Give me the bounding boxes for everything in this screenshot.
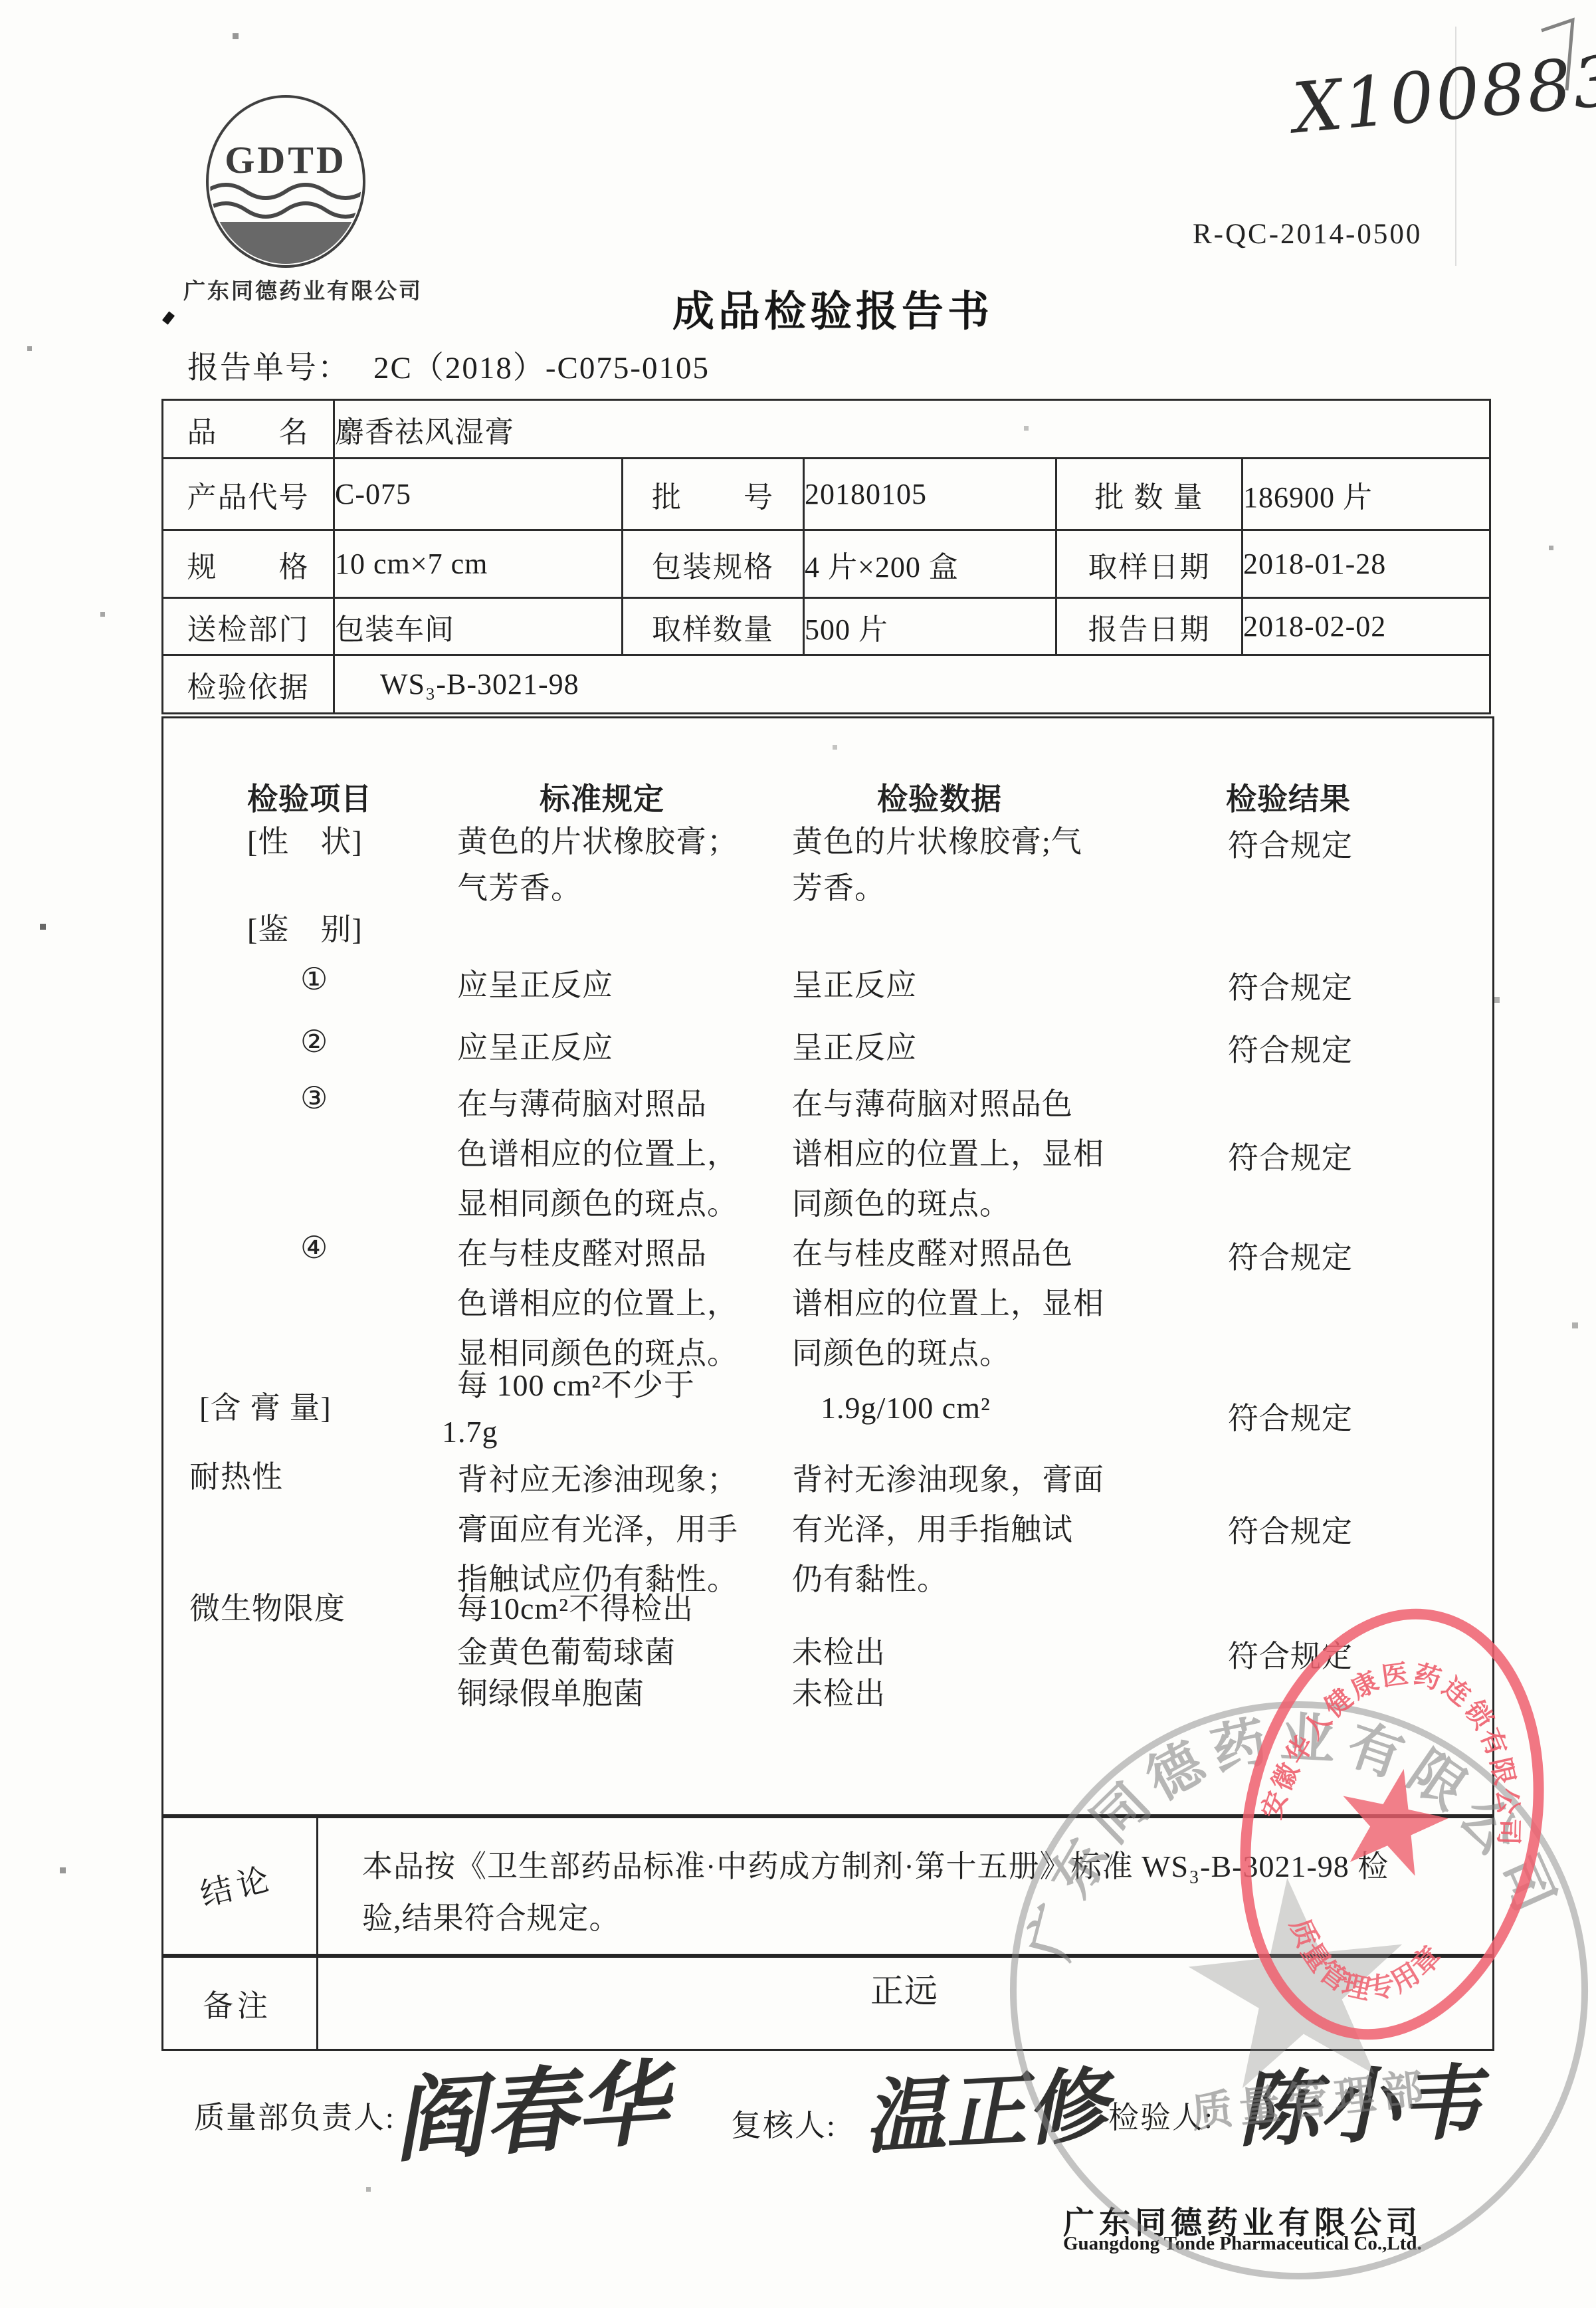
logo-abbr: GDTD bbox=[225, 138, 347, 181]
item-microbial-limit: 微生物限度 bbox=[189, 1584, 346, 1628]
item-2-std: 应呈正反应 bbox=[457, 1023, 613, 1067]
item-4-data-line2: 谱相应的位置上，显相 bbox=[792, 1279, 1104, 1323]
item-4-data-line3: 同颜色的斑点。 bbox=[792, 1329, 1011, 1373]
heat-data-line3: 仍有黏性。 bbox=[792, 1555, 948, 1599]
microbial-sub1: 金黄色葡萄球菌 bbox=[457, 1628, 676, 1672]
heat-std-line2: 膏面应有光泽，用手 bbox=[457, 1505, 738, 1549]
dept-label: 送检部门 bbox=[163, 598, 334, 655]
item-3-std-line1: 在与薄荷脑对照品 bbox=[457, 1080, 707, 1124]
heat-data-line1: 背衬无渗油现象，膏面 bbox=[792, 1455, 1104, 1499]
microbial-result: 符合规定 bbox=[1228, 1632, 1353, 1676]
item-4-std-line1: 在与桂皮醛对照品 bbox=[457, 1229, 707, 1273]
logo-wave-icon bbox=[206, 185, 365, 198]
item-4-result: 符合规定 bbox=[1228, 1233, 1353, 1277]
product-name-value: 麝香祛风湿膏 bbox=[334, 400, 1490, 459]
item-1-result: 符合规定 bbox=[1228, 964, 1353, 1007]
sampling-qty-label: 取样数量 bbox=[623, 598, 804, 655]
pack-label: 包装规格 bbox=[623, 530, 804, 598]
scanned-inspection-report: GDTD 广东同德药业有限公司 X1008832 R-QC-2014-0500 … bbox=[0, 0, 1596, 2308]
item-1: ① bbox=[300, 961, 328, 997]
remark-divider bbox=[316, 1956, 318, 2049]
remark-label: 备注 bbox=[203, 1982, 272, 2026]
appearance-std-line2: 气芳香。 bbox=[457, 864, 582, 908]
footer-company-en: Guangdong Tonde Pharmaceutical Co.,Ltd. bbox=[1063, 2233, 1422, 2255]
qa-manager-signature: 阎春华 bbox=[388, 2030, 672, 2180]
logo-company-name: 广东同德药业有限公司 bbox=[183, 274, 423, 305]
table-row: 品 名 麝香祛风湿膏 bbox=[163, 400, 1490, 459]
product-info-table: 品 名 麝香祛风湿膏 产品代号 C-075 批 号 20180105 批 数 量… bbox=[161, 399, 1491, 714]
microbial-sub1-data: 未检出 bbox=[792, 1628, 886, 1672]
company-logo: GDTD bbox=[186, 85, 399, 284]
appearance-data-line2: 芳香。 bbox=[792, 864, 886, 908]
paste-content-data: 1.9g/100 cm² bbox=[821, 1390, 991, 1425]
item-3: ③ bbox=[300, 1080, 328, 1116]
paste-content-std-line2: 1.7g bbox=[442, 1414, 498, 1449]
paste-content-std-line1: 每 100 cm²不少于 bbox=[457, 1361, 695, 1405]
sampling-qty-value: 500 片 bbox=[804, 598, 1056, 655]
product-code-label: 产品代号 bbox=[163, 459, 334, 530]
heat-result: 符合规定 bbox=[1228, 1507, 1353, 1551]
item-3-data-line3: 同颜色的斑点。 bbox=[792, 1180, 1011, 1223]
ink-mark bbox=[162, 311, 175, 324]
pack-value: 4 片×200 盒 bbox=[804, 530, 1056, 598]
table-row: 检验依据 WS₃-B-3021-98 bbox=[163, 655, 1490, 714]
inspector-signature: 陈小韦 bbox=[1235, 2038, 1482, 2162]
spec-value: 10 cm×7 cm bbox=[334, 530, 623, 598]
logo-globe-shading bbox=[205, 222, 367, 268]
reviewer-label: 复核人: bbox=[731, 2101, 837, 2145]
basis-label: 检验依据 bbox=[163, 655, 334, 714]
scan-speckles bbox=[0, 0, 3, 3]
appearance-result: 符合规定 bbox=[1228, 821, 1353, 865]
product-name-label: 品 名 bbox=[163, 400, 334, 459]
report-date-value: 2018-02-02 bbox=[1243, 598, 1490, 655]
col-header-item: 检验项目 bbox=[247, 775, 372, 819]
conclusion-box bbox=[161, 1814, 1494, 1958]
paste-content-result: 符合规定 bbox=[1228, 1394, 1353, 1438]
item-appearance: [性 状] bbox=[247, 817, 363, 861]
conclusion-divider bbox=[316, 1816, 318, 1956]
sampling-date-value: 2018-01-28 bbox=[1243, 530, 1490, 598]
reviewer-signature: 温正修 bbox=[861, 2041, 1110, 2170]
product-code-value: C-075 bbox=[334, 459, 623, 530]
table-row: 送检部门 包装车间 取样数量 500 片 报告日期 2018-02-02 bbox=[163, 598, 1490, 655]
item-2: ② bbox=[300, 1023, 328, 1059]
col-header-data: 检验数据 bbox=[877, 775, 1002, 819]
item-1-std: 应呈正反应 bbox=[457, 961, 613, 1005]
basis-value: WS₃-B-3021-98 bbox=[334, 655, 1490, 714]
conclusion-line2: 验,结果符合规定。 bbox=[362, 1894, 621, 1938]
conclusion-line1: 本品按《卫生部药品标准·中药成方制剂·第十五册》标准 WS₃-B-3021-98… bbox=[362, 1842, 1389, 1886]
batch-qty-label: 批 数 量 bbox=[1056, 459, 1243, 530]
remark-value: 正远 bbox=[870, 1964, 938, 2012]
page-title: 成品检验报告书 bbox=[672, 278, 993, 338]
batch-label: 批 号 bbox=[623, 459, 804, 530]
inspector-label: 检验人: bbox=[1108, 2093, 1214, 2137]
item-4: ④ bbox=[300, 1229, 328, 1265]
spec-label: 规 格 bbox=[163, 530, 334, 598]
remark-box bbox=[161, 1954, 1494, 2051]
item-4-std-line2: 色谱相应的位置上， bbox=[457, 1279, 738, 1323]
item-2-data: 呈正反应 bbox=[792, 1023, 917, 1067]
item-3-data-line2: 谱相应的位置上，显相 bbox=[792, 1130, 1104, 1174]
pen-mark-icon bbox=[1536, 12, 1583, 98]
logo-wave-icon bbox=[206, 203, 365, 217]
item-3-std-line3: 显相同颜色的斑点。 bbox=[457, 1180, 738, 1223]
document-code: R-QC-2014-0500 bbox=[1193, 218, 1422, 251]
appearance-std-line1: 黄色的片状橡胶膏； bbox=[457, 817, 738, 861]
microbial-sub2-data: 未检出 bbox=[792, 1669, 886, 1713]
item-paste-content: [含 膏 量] bbox=[199, 1384, 332, 1427]
batch-qty-value: 186900 片 bbox=[1243, 459, 1490, 530]
heat-data-line2: 有光泽，用手指触试 bbox=[792, 1505, 1073, 1549]
item-heat-resistance: 耐热性 bbox=[189, 1453, 283, 1497]
table-row: 产品代号 C-075 批 号 20180105 批 数 量 186900 片 bbox=[163, 459, 1490, 530]
item-3-data-line1: 在与薄荷脑对照品色 bbox=[792, 1080, 1073, 1124]
item-4-data-line1: 在与桂皮醛对照品色 bbox=[792, 1229, 1073, 1273]
microbial-sub2: 铜绿假单胞菌 bbox=[457, 1669, 645, 1713]
item-2-result: 符合规定 bbox=[1228, 1026, 1353, 1070]
appearance-data-line1: 黄色的片状橡胶膏;气 bbox=[792, 817, 1082, 861]
sampling-date-label: 取样日期 bbox=[1056, 530, 1243, 598]
item-3-std-line2: 色谱相应的位置上， bbox=[457, 1130, 738, 1174]
batch-value: 20180105 bbox=[804, 459, 1056, 530]
report-no-label: 报告单号： bbox=[187, 343, 350, 387]
microbial-std: 每10cm²不得检出 bbox=[457, 1584, 694, 1628]
qa-manager-label: 质量部负责人: bbox=[194, 2093, 395, 2137]
col-header-result: 检验结果 bbox=[1226, 775, 1351, 819]
report-no-value: 2C（2018）-C075-0105 bbox=[373, 343, 710, 387]
item-1-data: 呈正反应 bbox=[792, 961, 917, 1005]
report-date-label: 报告日期 bbox=[1056, 598, 1243, 655]
item-identification: [鉴 别] bbox=[247, 905, 363, 949]
dept-value: 包装车间 bbox=[334, 598, 623, 655]
col-header-standard: 标准规定 bbox=[540, 775, 664, 819]
item-3-result: 符合规定 bbox=[1228, 1134, 1353, 1178]
heat-std-line1: 背衬应无渗油现象； bbox=[457, 1455, 738, 1499]
table-row: 规 格 10 cm×7 cm 包装规格 4 片×200 盒 取样日期 2018-… bbox=[163, 530, 1490, 598]
